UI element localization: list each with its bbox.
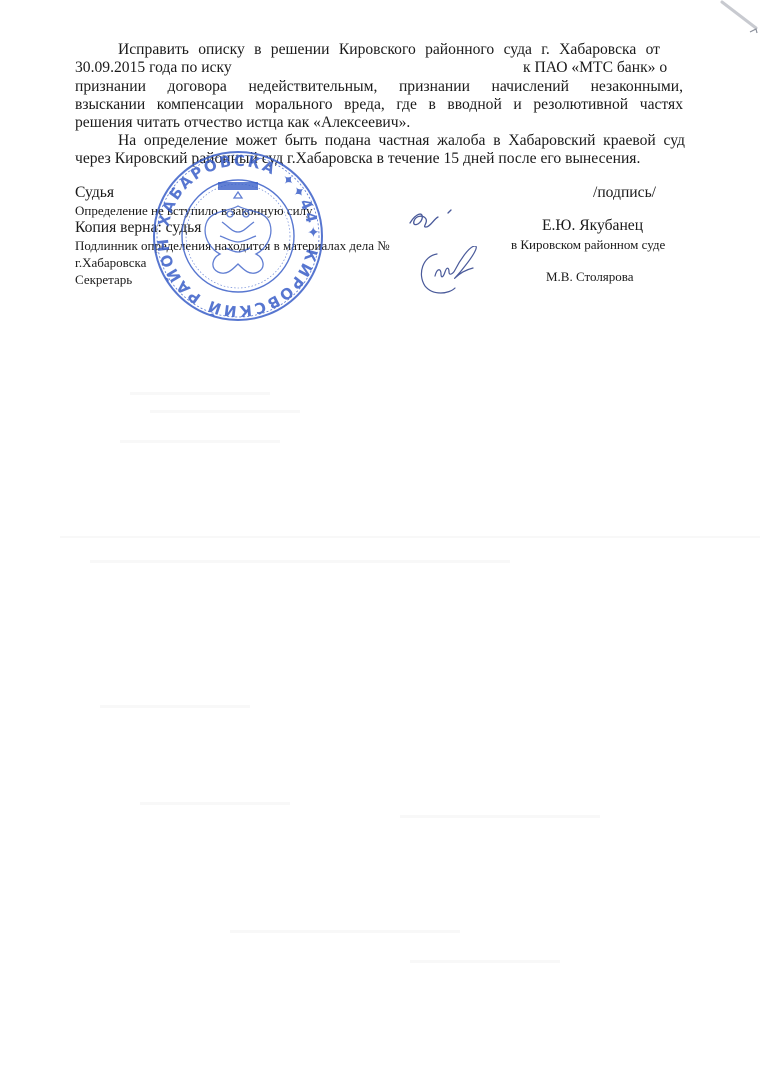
body-line-2-right: к ПАО «МТС банк» о bbox=[523, 59, 667, 77]
corner-ink-mark bbox=[720, 0, 765, 45]
svg-text:ХАБАРОВСКА ✦✦44✦ КИРОВСКИЙ РАЙ: ХАБАРОВСКА ✦✦44✦ КИРОВСКИЙ РАЙОННЫЙ СУД … bbox=[150, 148, 322, 320]
judge-signature-icon bbox=[404, 205, 464, 233]
document-page: Исправить описку в решении Кировского ра… bbox=[0, 0, 765, 1080]
judge-label: Судья bbox=[75, 184, 114, 202]
original-location-right: в Кировском районном суде bbox=[511, 237, 665, 252]
city-label: г.Хабаровска bbox=[75, 255, 146, 270]
secretary-name: М.В. Столярова bbox=[546, 269, 634, 284]
body-line-2-left: 30.09.2015 года по иску bbox=[75, 59, 232, 77]
court-stamp-icon: ХАБАРОВСКА ✦✦44✦ КИРОВСКИЙ РАЙОННЫЙ СУД … bbox=[150, 148, 326, 324]
body-line-3: признании договора недействительным, при… bbox=[75, 78, 683, 96]
body-line-4: взыскании компенсации морального вреда, … bbox=[75, 96, 683, 114]
body-line-5: решения читать отчество истца как «Алекс… bbox=[75, 114, 410, 132]
signature-placeholder: /подпись/ bbox=[593, 184, 656, 202]
secretary-label: Секретарь bbox=[75, 272, 132, 287]
body-line-1: Исправить описку в решении Кировского ра… bbox=[118, 41, 660, 59]
secretary-signature-icon bbox=[415, 246, 490, 296]
judge-name: Е.Ю. Якубанец bbox=[542, 217, 643, 235]
